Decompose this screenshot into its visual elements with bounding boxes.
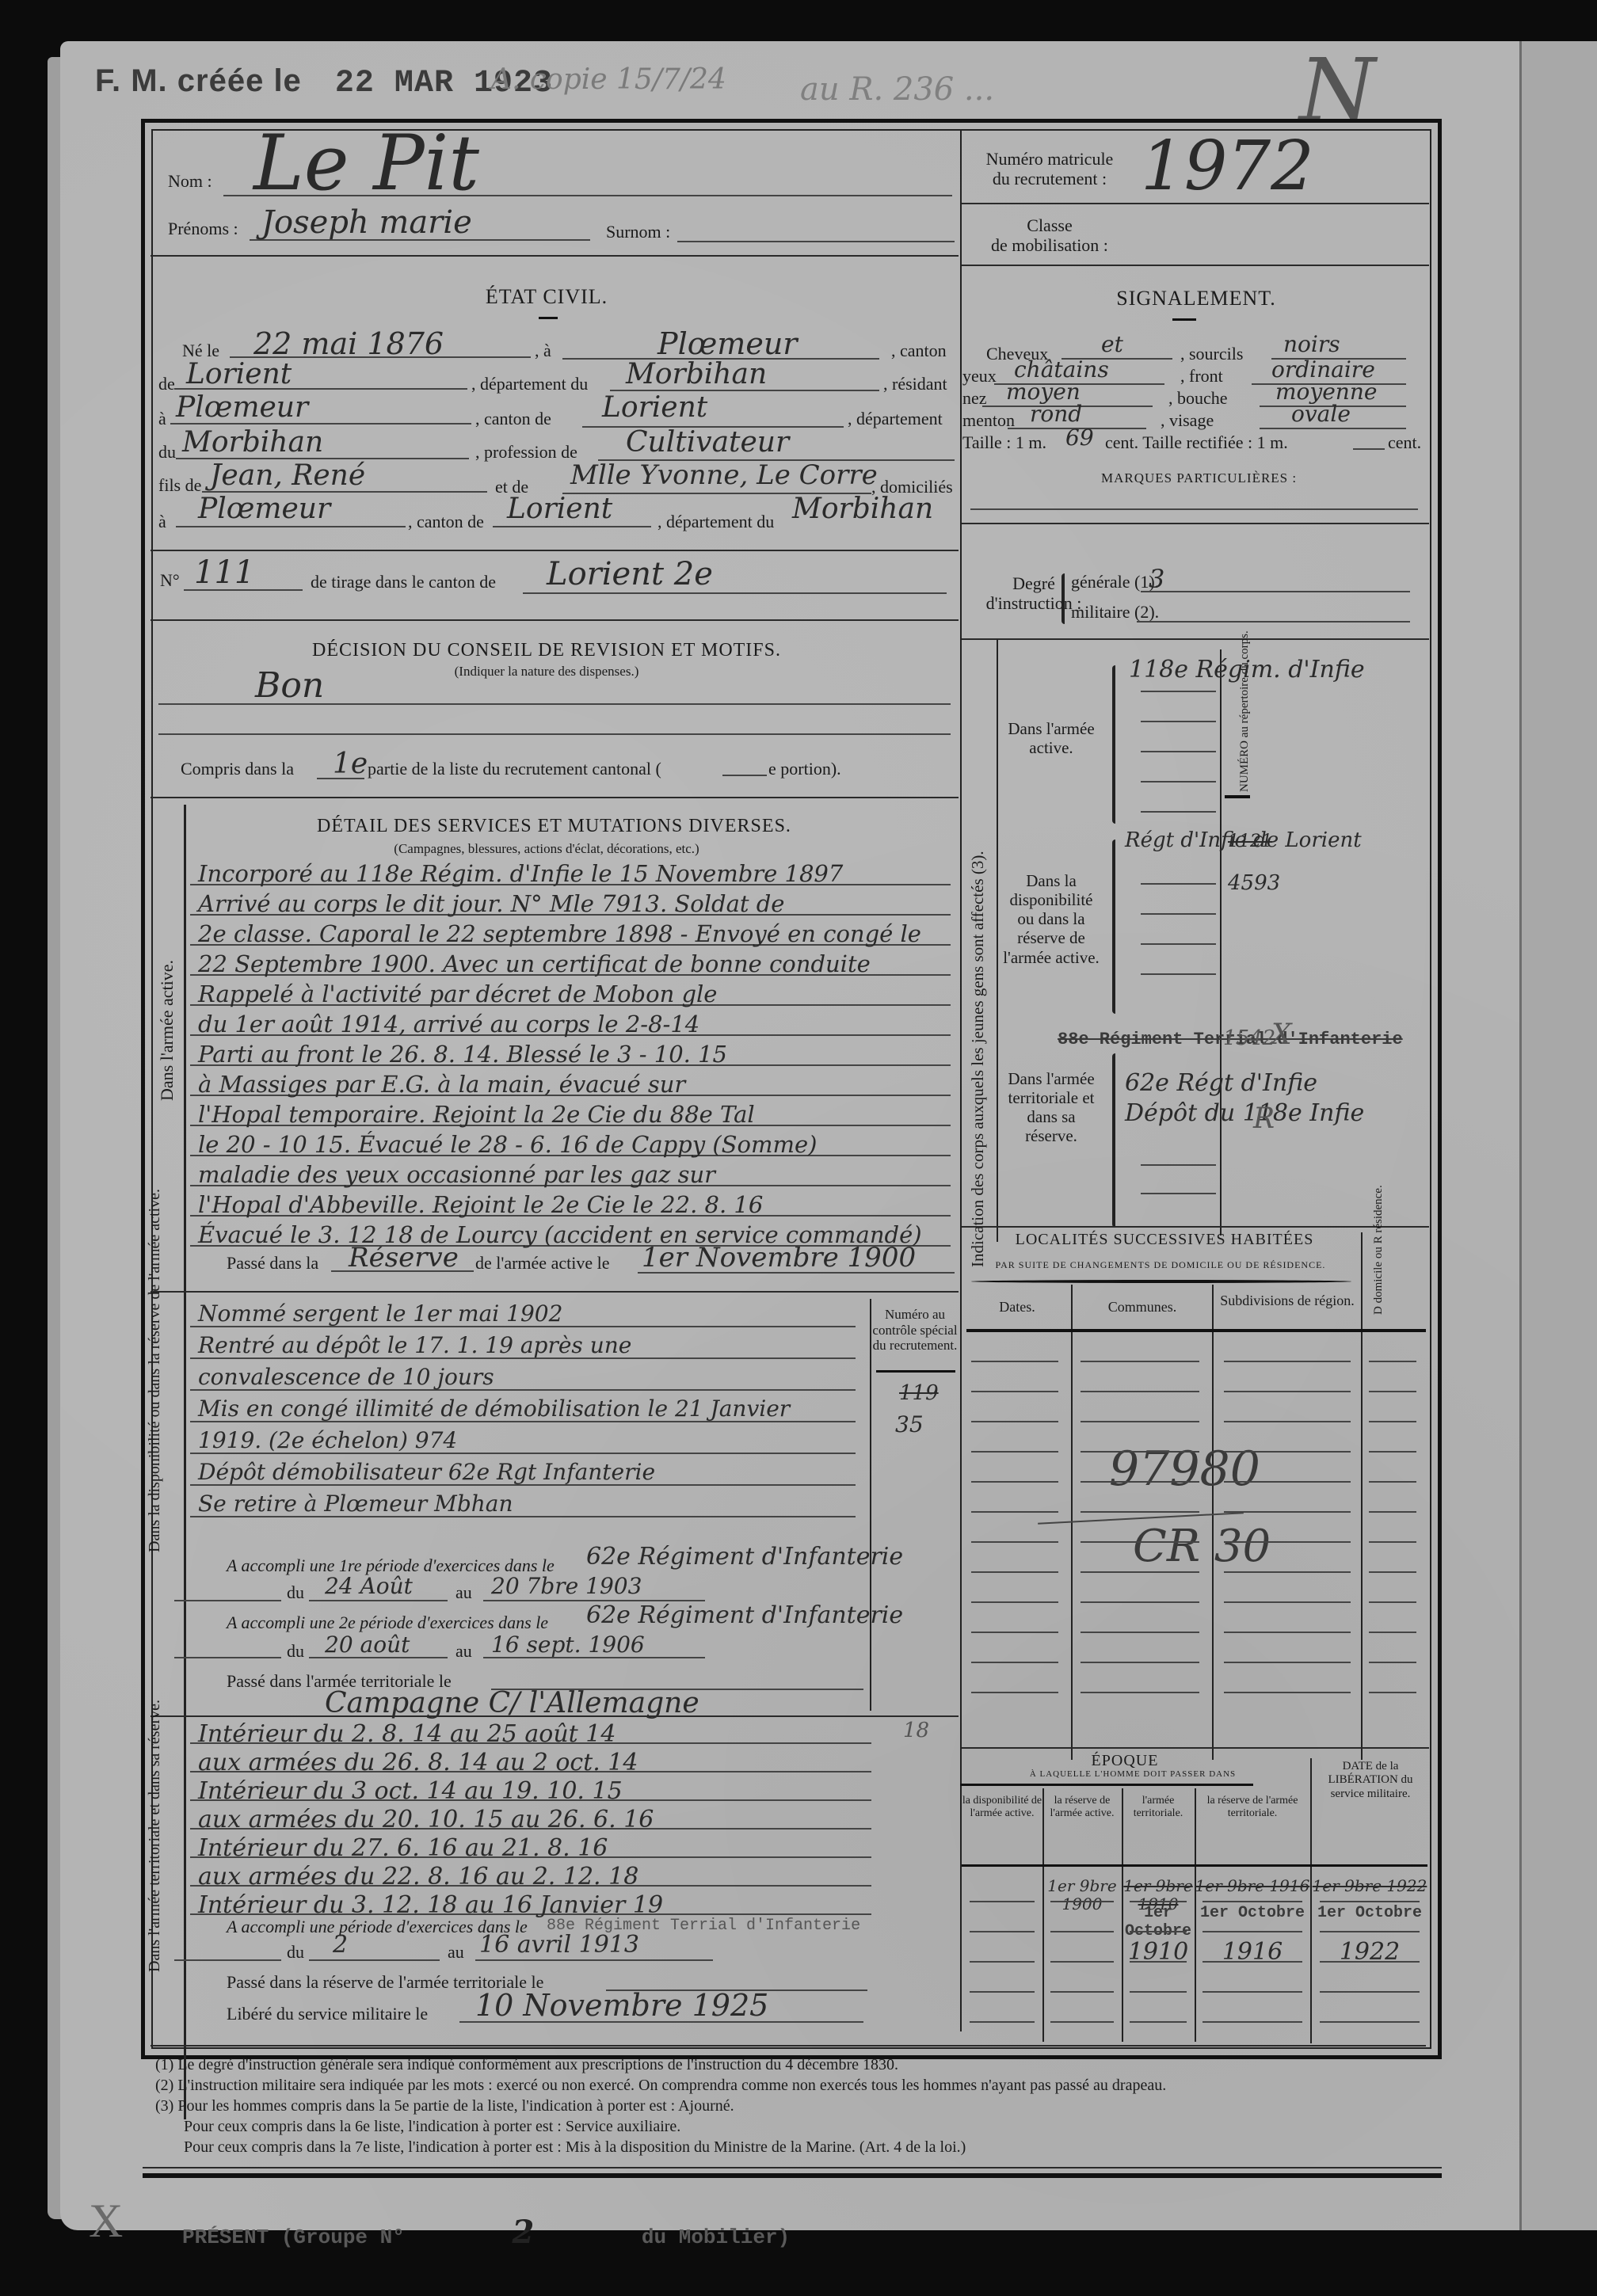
localites-row-line [1081,1451,1199,1453]
section-disponibilite-label: Dans la disponibilité ou dans la réserve… [144,1323,165,1552]
localites-row-line [1081,1692,1199,1693]
periode1-regiment[interactable]: 62e Régiment d'Infanterie [586,1543,903,1571]
residence-value[interactable]: Plœmeur [176,391,308,424]
footnote-text: Pour ceux compris dans la 6e liste, l'in… [184,2118,680,2135]
signalement-title: SIGNALEMENT. [1109,287,1283,310]
campagne-line[interactable]: aux armées du 22. 8. 16 au 2. 12. 18 [198,1863,638,1890]
cheveux-value[interactable]: et [1101,331,1123,357]
footnote-number: (1) [155,2056,177,2073]
decision-title: DÉCISION DU CONSEIL DE REVISION ET MOTIF… [309,640,784,661]
periode-terr-du-value[interactable]: 2 [333,1931,348,1959]
localites-row-line [1369,1632,1416,1633]
localites-row-line [1369,1421,1416,1422]
epoque-row-line [1320,2021,1420,2023]
creation-stamp: F. M. créée le 22 MAR 1923 [95,63,553,101]
localites-row-line [971,1632,1058,1633]
epoque-col-header: la disponibilité de l'armée active. [962,1795,1042,1820]
corps-affectes-vertical-label: Indication des corps auxquels les jeunes… [968,851,988,1267]
active-service-line[interactable]: du 1er août 1914, arrivé au corps le 2-8… [198,1011,699,1038]
active-label: Dans l'armée active. [1000,719,1103,757]
localites-row-line [1081,1421,1199,1422]
epoque-col-header: la réserve de l'armée active. [1042,1795,1122,1820]
localites-row-line [1081,1632,1199,1633]
surnom-label: Surnom : [606,222,670,242]
localites-row-line [1224,1451,1351,1453]
footnote-text: Pour les hommes compris dans la 5e parti… [177,2097,734,2115]
epoque-row-line [1320,1931,1420,1932]
bottom-present-stamp: PRÉSENT (Groupe N° 2 du Mobilier) [182,2214,790,2251]
canton-naissance-value[interactable]: Lorient [186,358,292,390]
disponibilite-service-line[interactable]: Se retire à Plœmeur Mbhan [198,1491,513,1517]
epoque-original-value: 1er 9bre 1916 [1195,1877,1310,1895]
localites-row-line [971,1481,1058,1483]
epoque-row-line [1050,1901,1114,1902]
localites-row-line [1224,1361,1351,1362]
epoque-row-line [970,1991,1035,1993]
epoque-row-line [1320,1901,1420,1902]
services-title: DÉTAIL DES SERVICES ET MUTATIONS DIVERSE… [317,816,776,837]
territoriale-label: Dans l'armée territoriale et dans sa rés… [1000,1069,1103,1146]
sourcils-value[interactable]: noirs [1283,331,1340,357]
localites-row-line [1081,1481,1199,1483]
classe-mobilisation-label: Classe de mobilisation : [966,215,1133,256]
disponibilite-numero-struck: 1121 [1228,832,1272,851]
territoriale-corps-value-1[interactable]: 62e Régt d'Infie [1125,1069,1317,1097]
localites-row-line [971,1511,1058,1513]
epoque-row-line [1050,1931,1114,1932]
localites-row-line [1224,1601,1351,1603]
margin-mark-r: R [1253,1102,1275,1135]
numero-tirage-value[interactable]: 111 [194,554,254,591]
active-service-line[interactable]: l'Hopal d'Abbeville. Rejoint le 2e Cie l… [198,1191,763,1218]
localites-col-dates: Dates. [963,1299,1071,1316]
localites-row-line [1369,1391,1416,1392]
footnote-line: (1) Le degré d'instruction générale sera… [155,2056,898,2074]
section-active-label: Dans l'armée active. [157,960,177,1101]
active-service-line[interactable]: l'Hopal temporaire. Rejoint la 2e Cie du… [198,1101,755,1128]
footnote-text: L'instruction militaire sera indiquée pa… [177,2077,1166,2094]
campagne-margin-mark: 18 [903,1719,929,1742]
active-service-line[interactable]: 22 Septembre 1900. Avec un certificat de… [198,950,871,977]
active-service-line[interactable]: Arrivé au corps le dit jour. N° Mle 7913… [198,890,784,917]
campagne-line[interactable]: Intérieur du 27. 6. 16 au 21. 8. 16 [198,1834,608,1862]
epoque-row-line [970,2021,1035,2023]
active-service-line[interactable]: Rappelé à l'activité par décret de Mobon… [198,980,717,1007]
localites-col-domicile: D domicile ou R résidence. [1372,1228,1385,1315]
localites-row-line [1081,1601,1199,1603]
epoque-row-line [1130,1931,1187,1932]
adjacent-page-edge [1519,41,1597,2230]
epoque-row-line [1050,1991,1114,1993]
active-service-line[interactable]: 2e classe. Caporal le 22 septembre 1898 … [198,920,921,947]
canton-tirage-value[interactable]: Lorient 2e [547,556,713,592]
localites-row-line [971,1421,1058,1422]
epoque-col-header: l'armée territoriale. [1122,1795,1195,1820]
localites-row-line [1369,1481,1416,1483]
territoriale-corps-value-2[interactable]: Dépôt du 118e Infie [1125,1099,1364,1127]
footnote-text: Pour ceux compris dans la 7e liste, l'in… [184,2138,966,2156]
localites-row-line [1369,1571,1416,1573]
numero-matricule-value[interactable]: 1972 [1141,127,1314,206]
epoque-row-line [1203,1901,1302,1902]
localites-title: LOCALITÉS SUCCESSIVES HABITÉES [998,1231,1331,1249]
etat-civil-title: ÉTAT CIVIL. [475,285,618,309]
epoque-row-line [1320,1991,1420,1993]
epoque-row-line [1203,1991,1302,1993]
disponibilite-label: Dans la disponibilité ou dans la réserve… [1000,871,1103,967]
epoque-title: ÉPOQUE [1030,1752,1220,1770]
localites-row-line [1224,1481,1351,1483]
campagne-line[interactable]: Intérieur du 3 oct. 14 au 19. 10. 15 [198,1777,623,1805]
localites-row-line [1224,1571,1351,1573]
localites-row-line [971,1571,1058,1573]
territoriale-stamp-numero: 1542 [1223,1026,1275,1050]
disponibilite-service-line[interactable]: 1919. (2e échelon) 974 [198,1427,457,1453]
epoque-stamp-value: 1er Octobre [1312,1904,1427,1922]
faint-copy-annotation: A. copie 15/7/24 [491,63,726,96]
localites-row-line [1369,1541,1416,1543]
campagne-line[interactable]: Intérieur du 2. 8. 14 au 25 août 14 [198,1720,616,1748]
active-corps-value[interactable]: 118e Régim. d'Infie [1129,656,1365,683]
localites-row-line [1369,1361,1416,1362]
localites-row-line [1369,1662,1416,1663]
departement-naissance-value[interactable]: Morbihan [626,358,767,390]
instruction-generale-value[interactable]: 3 [1149,564,1164,594]
epoque-row-line [1130,1991,1187,1993]
menton-value[interactable]: rond [1030,401,1082,427]
epoque-row-line [1203,1961,1302,1963]
epoque-row-line [1050,1961,1114,1963]
epoque-header-rule [962,1864,1427,1867]
localites-annotation-2: CR 30 [1133,1521,1271,1572]
active-service-line[interactable]: Évacué le 3. 12 18 de Lourcy (accident e… [198,1221,922,1248]
bottom-x-mark: X [89,2194,123,2248]
footnote-line: (2) L'instruction militaire sera indiqué… [155,2077,1166,2095]
epoque-row-line [1203,1931,1302,1932]
epoque-original-value: 1er 9bre 1900 [1042,1877,1122,1913]
localites-row-line [1081,1541,1199,1543]
decision-value[interactable]: Bon [255,665,324,706]
periode1-du-value[interactable]: 24 Août [325,1573,413,1599]
epoque-row-line [1130,1901,1187,1902]
localites-row-line [971,1391,1058,1392]
footnote-line: (3) Pour les hommes compris dans la 5e p… [155,2097,734,2115]
domicile-canton-value[interactable]: Lorient [507,493,612,525]
residence-departement-value[interactable]: Morbihan [182,426,323,459]
localites-row-line [1369,1692,1416,1693]
controle-special-value[interactable]: 35 [895,1411,924,1437]
localites-annotation-1: 97980 [1109,1441,1260,1497]
localites-row-line [1224,1421,1351,1422]
mere-value[interactable]: Mlle Yvonne, Le Corre [570,459,878,491]
localites-row-line [971,1692,1058,1693]
epoque-stamp-value: 1er Octobre [1122,1904,1195,1940]
active-service-line[interactable]: maladie des yeux occasionné par les gaz … [198,1161,715,1188]
footnote-text: Le degré d'instruction générale sera ind… [177,2056,898,2073]
footnote-line: Pour ceux compris dans la 6e liste, l'in… [184,2118,680,2136]
periode2-regiment[interactable]: 62e Régiment d'Infanterie [586,1601,903,1629]
epoque-row-line [1130,1961,1187,1963]
localites-row-line [1224,1391,1351,1392]
epoque-row-line [1203,2021,1302,2023]
libere-value[interactable]: 10 Novembre 1925 [475,1988,768,2023]
footnote-number: (2) [155,2077,177,2094]
campagne-line[interactable]: aux armées du 20. 10. 15 au 26. 6. 16 [198,1806,654,1833]
localites-row-line [1224,1541,1351,1543]
epoque-row-line [1130,2021,1187,2023]
section-territoriale-label: Dans l'armée territoriale et dans sa rés… [144,1766,165,1972]
epoque-col-divider [1042,1788,1044,2042]
residence-canton-value[interactable]: Lorient [602,391,707,424]
localites-row-line [1224,1692,1351,1693]
disponibilite-numero-value[interactable]: 4593 [1228,871,1280,895]
campagne-line[interactable]: aux armées du 26. 8. 14 au 2 oct. 14 [198,1749,638,1776]
localites-row-line [1224,1632,1351,1633]
disponibilite-service-line[interactable]: Mis en congé illimité de démobilisation … [198,1395,790,1422]
date-naissance-value[interactable]: 22 mai 1876 [253,326,444,361]
domicile-parents-value[interactable]: Plœmeur [198,493,330,525]
faint-right-annotation: au R. 236 ... [800,71,994,108]
periode2-au-value[interactable]: 16 sept. 1906 [491,1632,645,1658]
domicile-departement-value[interactable]: Morbihan [792,493,933,525]
localites-row-line [971,1662,1058,1663]
marques-particulieres-label: MARQUES PARTICULIÈRES : [1101,470,1297,486]
localites-row-line [971,1541,1058,1543]
localites-row-line [1369,1451,1416,1453]
footnote-line: Pour ceux compris dans la 7e liste, l'in… [184,2138,966,2157]
localites-row-line [971,1361,1058,1362]
epoque-row-line [970,1961,1035,1963]
epoque-col-header: la réserve de l'armée territoriale. [1195,1795,1310,1820]
epoque-stamp-value: 1er Octobre [1195,1904,1310,1922]
epoque-row-line [1050,2021,1114,2023]
numero-matricule-label: Numéro matricule du recrutement : [966,149,1133,189]
localites-row-line [1081,1571,1199,1573]
active-service-line[interactable]: Incorporé au 118e Régim. d'Infie le 15 N… [198,860,843,887]
compris-partie-value[interactable]: 1e [333,748,368,780]
localites-row-line [1081,1361,1199,1362]
controle-struck-value: 119 [899,1381,939,1405]
epoque-row-line [1320,1961,1420,1963]
localites-row-line [1369,1511,1416,1513]
epoque-row-line [970,1901,1035,1902]
campagne-header[interactable]: Campagne C/ l'Allemagne [325,1687,699,1719]
lieu-naissance-value[interactable]: Plœmeur [657,326,797,361]
margin-mark-x: X [1271,1019,1292,1051]
disponibilite-service-line[interactable]: Nommé sergent le 1er mai 1902 [198,1300,562,1327]
bottom-stamp-value: 2 [512,2214,534,2251]
controle-special-label: Numéro au contrôle spécial du recrutemen… [871,1307,959,1354]
periode1-au-value[interactable]: 20 7bre 1903 [491,1573,642,1599]
epoque-original-value: 1er 9bre 1922 [1312,1877,1427,1895]
localites-row-line [1081,1391,1199,1392]
campagne-line[interactable]: Intérieur du 3. 12. 18 au 16 Janvier 19 [198,1891,663,1919]
disponibilite-service-line[interactable]: Dépôt démobilisateur 62e Rgt Infanterie [198,1459,655,1485]
periode2-du-value[interactable]: 20 août [325,1632,410,1658]
localites-row-line [1081,1662,1199,1663]
nom-label: Nom : [168,171,212,192]
pere-value[interactable]: Jean, René [210,459,365,492]
liberation-header: DATE de la LIBÉRATION du service militai… [1315,1760,1426,1801]
localites-col-communes: Communes. [1073,1299,1212,1316]
active-service-line[interactable]: Parti au front le 26. 8. 14. Blessé le 3… [198,1041,727,1068]
footnote-number: (3) [155,2097,177,2115]
epoque-row-line [970,1931,1035,1932]
localites-row-line [1224,1662,1351,1663]
localites-row-line [1081,1511,1199,1513]
taille-value[interactable]: 69 [1065,425,1094,451]
nom-value[interactable]: Le Pit [253,119,479,208]
periode-terr-au-value[interactable]: 16 avril 1913 [479,1931,639,1959]
active-service-line[interactable]: à Massiges par E.G. à la main, évacué su… [198,1071,685,1098]
localites-row-line [1369,1601,1416,1603]
active-service-line[interactable]: le 20 - 10 15. Évacué le 28 - 6. 16 de C… [198,1131,817,1158]
disponibilite-service-line[interactable]: convalescence de 10 jours [198,1364,494,1390]
localites-row-line [971,1451,1058,1453]
localites-row-line [1224,1511,1351,1513]
prenoms-label: Prénoms : [168,219,238,239]
disponibilite-service-line[interactable]: Rentré au dépôt le 17. 1. 19 après une [198,1332,631,1358]
profession-value[interactable]: Cultivateur [626,426,789,459]
localites-col-subdivisions: Subdivisions de région. [1214,1293,1361,1309]
localites-row-line [971,1601,1058,1603]
creation-stamp-label: F. M. créée le [95,63,302,98]
visage-value[interactable]: ovale [1291,401,1351,427]
prenoms-value[interactable]: Joseph marie [261,204,472,241]
